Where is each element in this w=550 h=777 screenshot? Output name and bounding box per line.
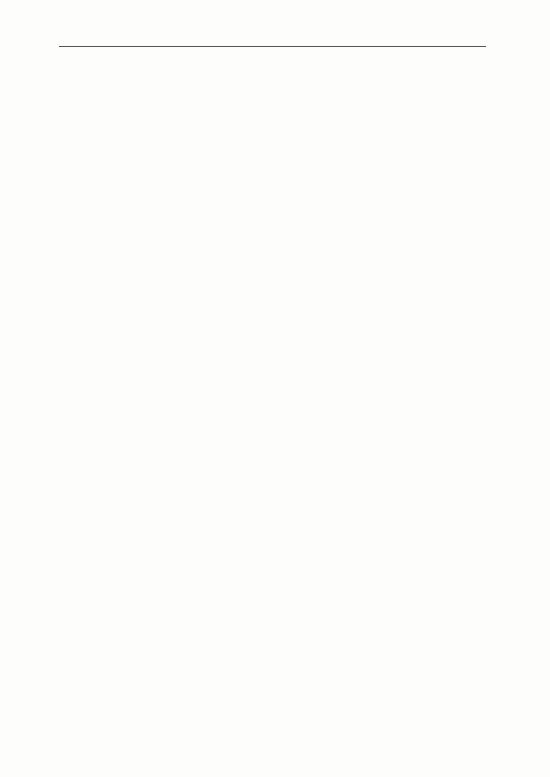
section-b1-1-heading: [82, 179, 96, 193]
section-b1-heading: [82, 158, 96, 172]
header-divider: [59, 46, 486, 47]
section-b1-2-heading: [82, 238, 96, 252]
document-page: [0, 0, 550, 777]
